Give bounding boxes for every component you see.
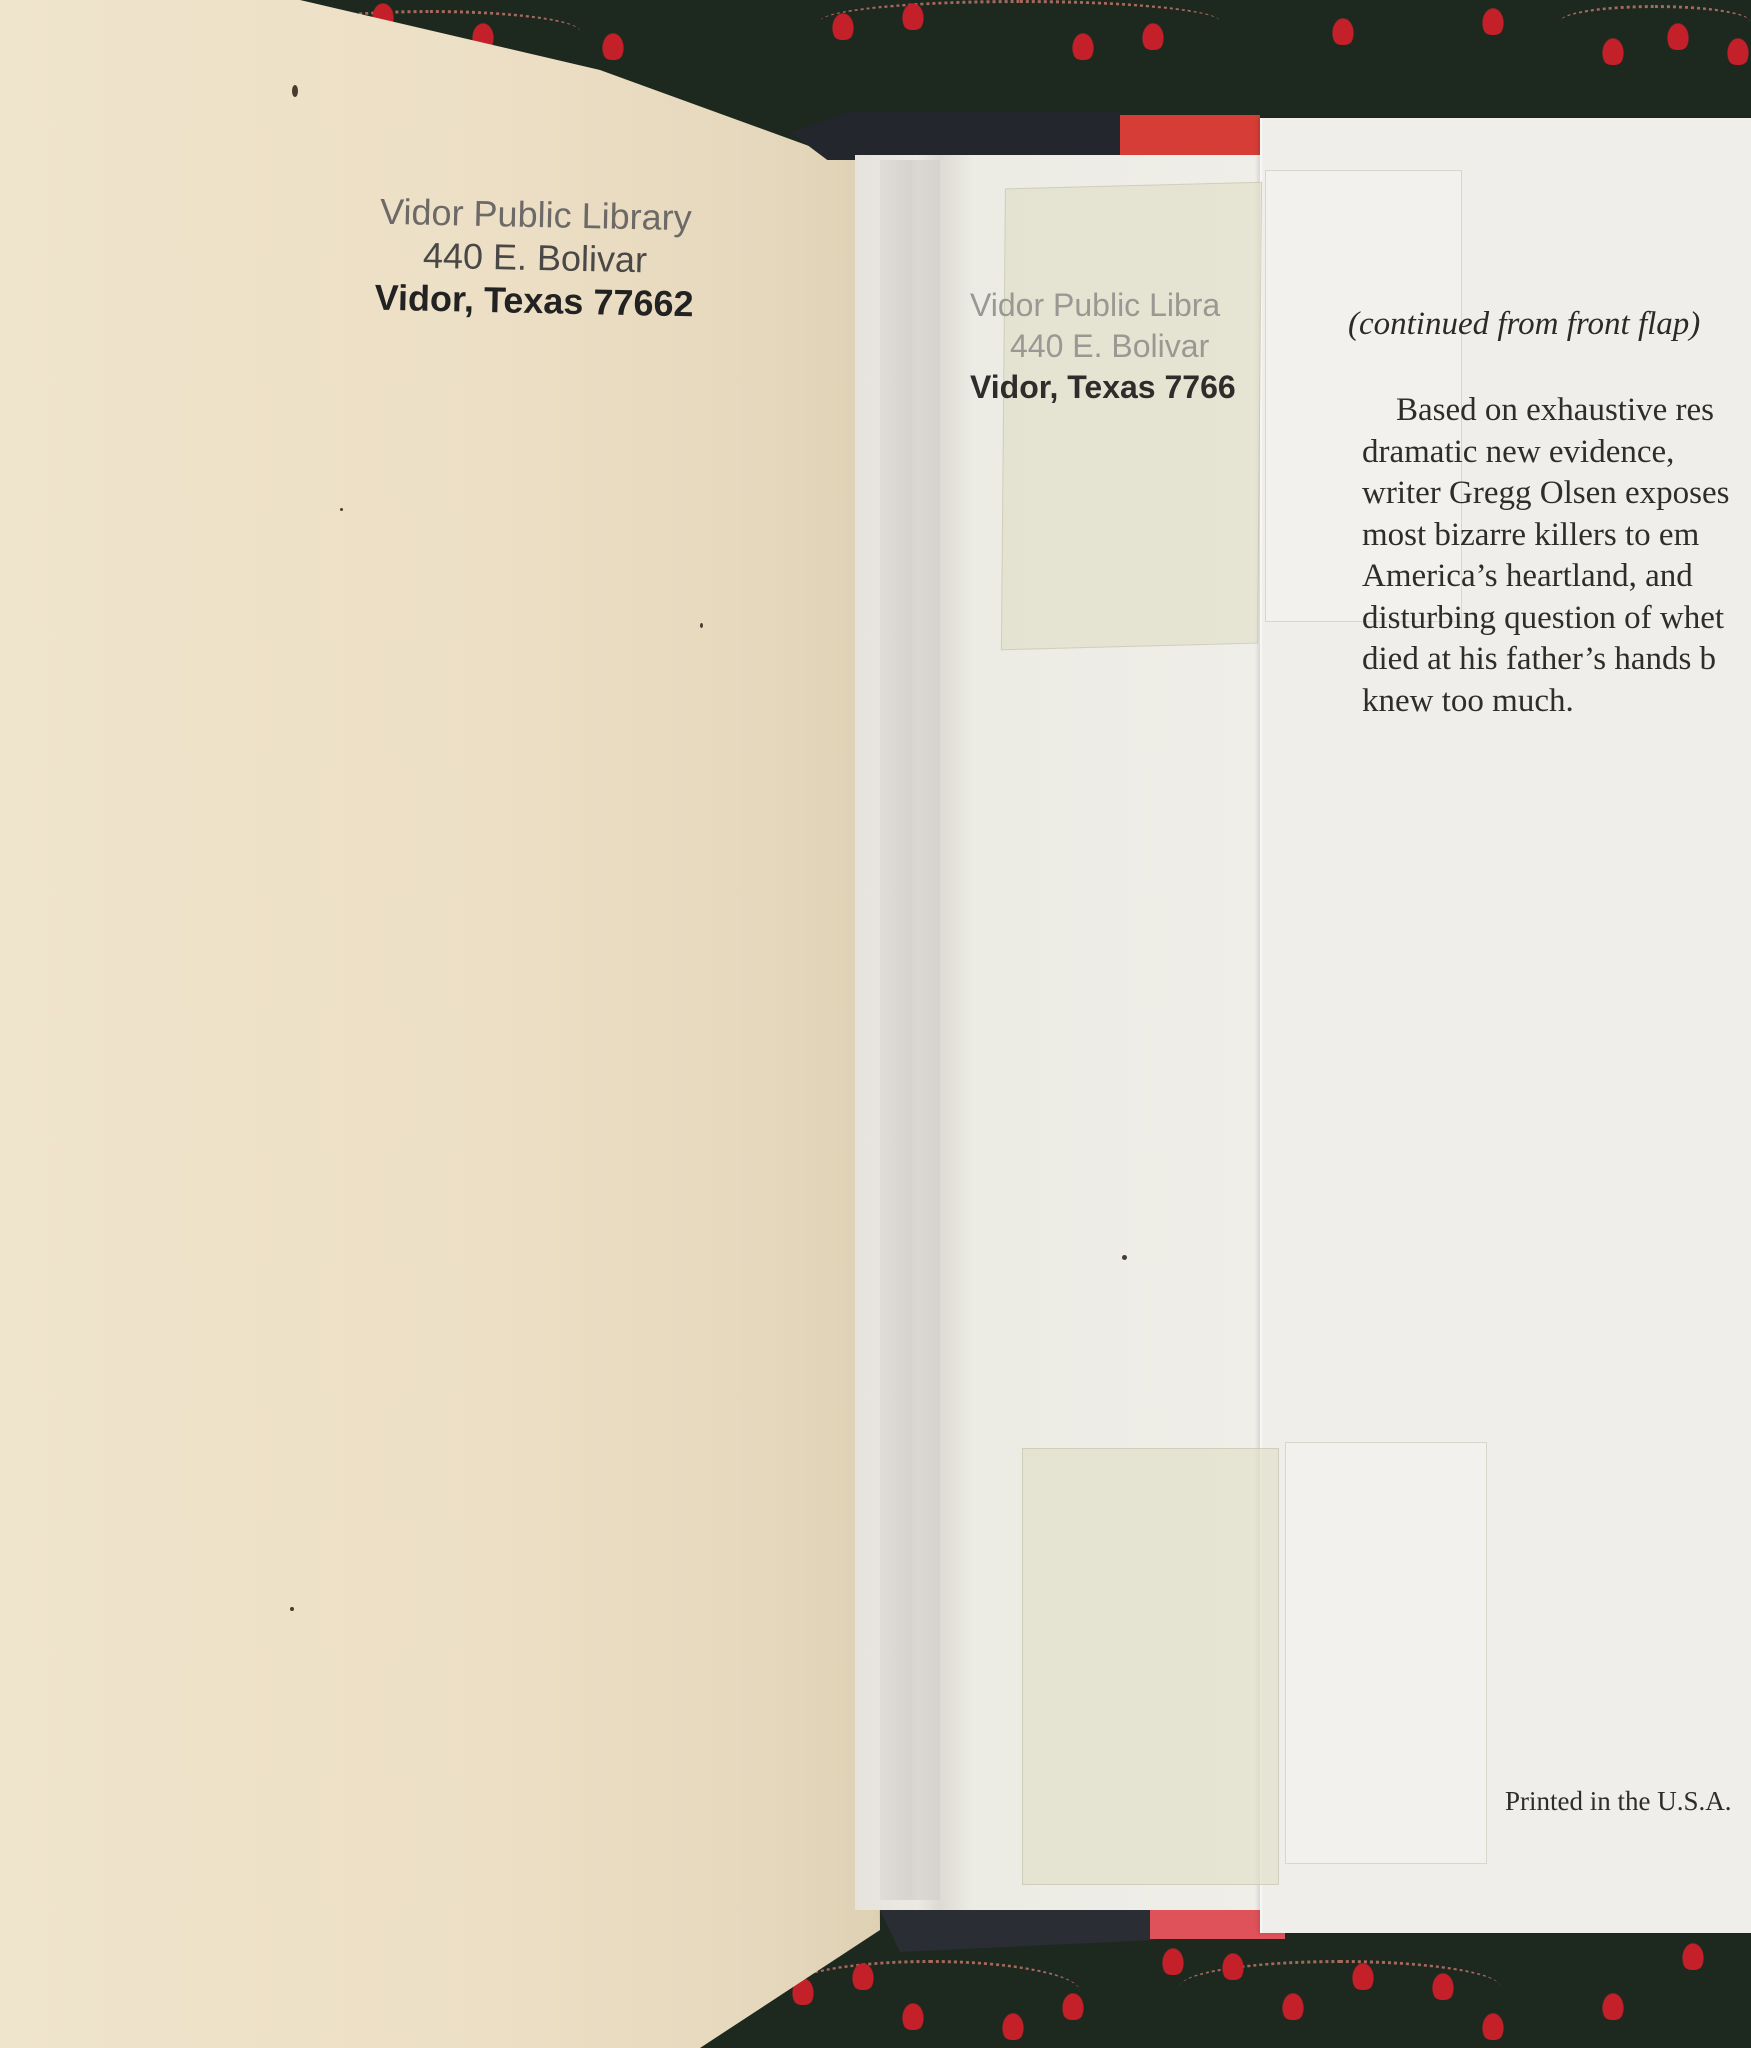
flap-body-text: Based on exhaustive resdramatic new evid…: [1362, 390, 1751, 722]
stamp-line-2: 440 E. Bolivar: [350, 232, 721, 283]
flower-pattern: [1160, 1945, 1186, 1975]
stamp-line-3: Vidor, Texas 77662: [349, 275, 720, 326]
flap-body-line: knew too much.: [1362, 681, 1751, 723]
flower-pattern: [1140, 20, 1166, 50]
flower-pattern: [1600, 1990, 1626, 2020]
tape-strip-bottom-clear: [1285, 1442, 1487, 1864]
flower-pattern: [1060, 1990, 1086, 2020]
flower-pattern: [1330, 15, 1356, 45]
faded-stamp-line-1: Vidor Public Libra: [970, 285, 1270, 326]
flower-pattern: [1480, 2010, 1506, 2040]
flap-body-line: disturbing question of whet: [1362, 598, 1751, 640]
tape-strip-bottom: [1022, 1448, 1279, 1885]
speck: [290, 1607, 294, 1611]
tape-strip-top: [1001, 182, 1262, 651]
flap-heading: (continued from front flap): [1348, 306, 1700, 343]
flower-pattern: [900, 2000, 926, 2030]
flap-body-line: dramatic new evidence,: [1362, 432, 1751, 474]
stamp-line-1: Vidor Public Library: [350, 189, 721, 240]
flower-pattern: [1070, 30, 1096, 60]
faded-stamp-line-2: 440 E. Bolivar: [970, 326, 1270, 367]
flower-pattern: [1350, 1960, 1376, 1990]
faded-library-stamp: Vidor Public Libra 440 E. Bolivar Vidor,…: [970, 285, 1270, 415]
flower-pattern: [1000, 2010, 1026, 2040]
flower-pattern: [1680, 1940, 1706, 1970]
speck: [340, 508, 343, 511]
flower-pattern: [600, 30, 626, 60]
speck: [1122, 1255, 1127, 1260]
red-band-top: [1120, 115, 1260, 155]
flower-pattern: [1600, 35, 1626, 65]
flap-body-line: died at his father’s hands b: [1362, 639, 1751, 681]
flower-pattern: [830, 10, 856, 40]
flower-pattern: [900, 0, 926, 30]
flap-body-line: America’s heartland, and: [1362, 556, 1751, 598]
flower-pattern: [1725, 35, 1751, 65]
speck: [700, 623, 703, 628]
printed-in-usa: Printed in the U.S.A.: [1505, 1786, 1732, 1817]
flower-pattern: [1220, 1950, 1246, 1980]
flower-pattern: [1480, 5, 1506, 35]
library-stamp: Vidor Public Library 440 E. Bolivar Vido…: [349, 189, 722, 326]
flap-body-line: writer Gregg Olsen exposes: [1362, 473, 1751, 515]
flower-pattern: [850, 1960, 876, 1990]
faded-stamp-line-3: Vidor, Texas 7766: [970, 367, 1270, 408]
flap-body-line: Based on exhaustive res: [1362, 390, 1751, 432]
flap-body-line: most bizarre killers to em: [1362, 515, 1751, 557]
speck: [292, 85, 298, 97]
flower-pattern: [1280, 1990, 1306, 2020]
flower-pattern: [1430, 1970, 1456, 2000]
spine-cloth-top: [790, 112, 1120, 160]
hinge-crease: [880, 160, 940, 1900]
vine-pattern: [1560, 5, 1750, 38]
vine-pattern: [780, 1960, 1080, 2023]
flower-pattern: [1665, 20, 1691, 50]
